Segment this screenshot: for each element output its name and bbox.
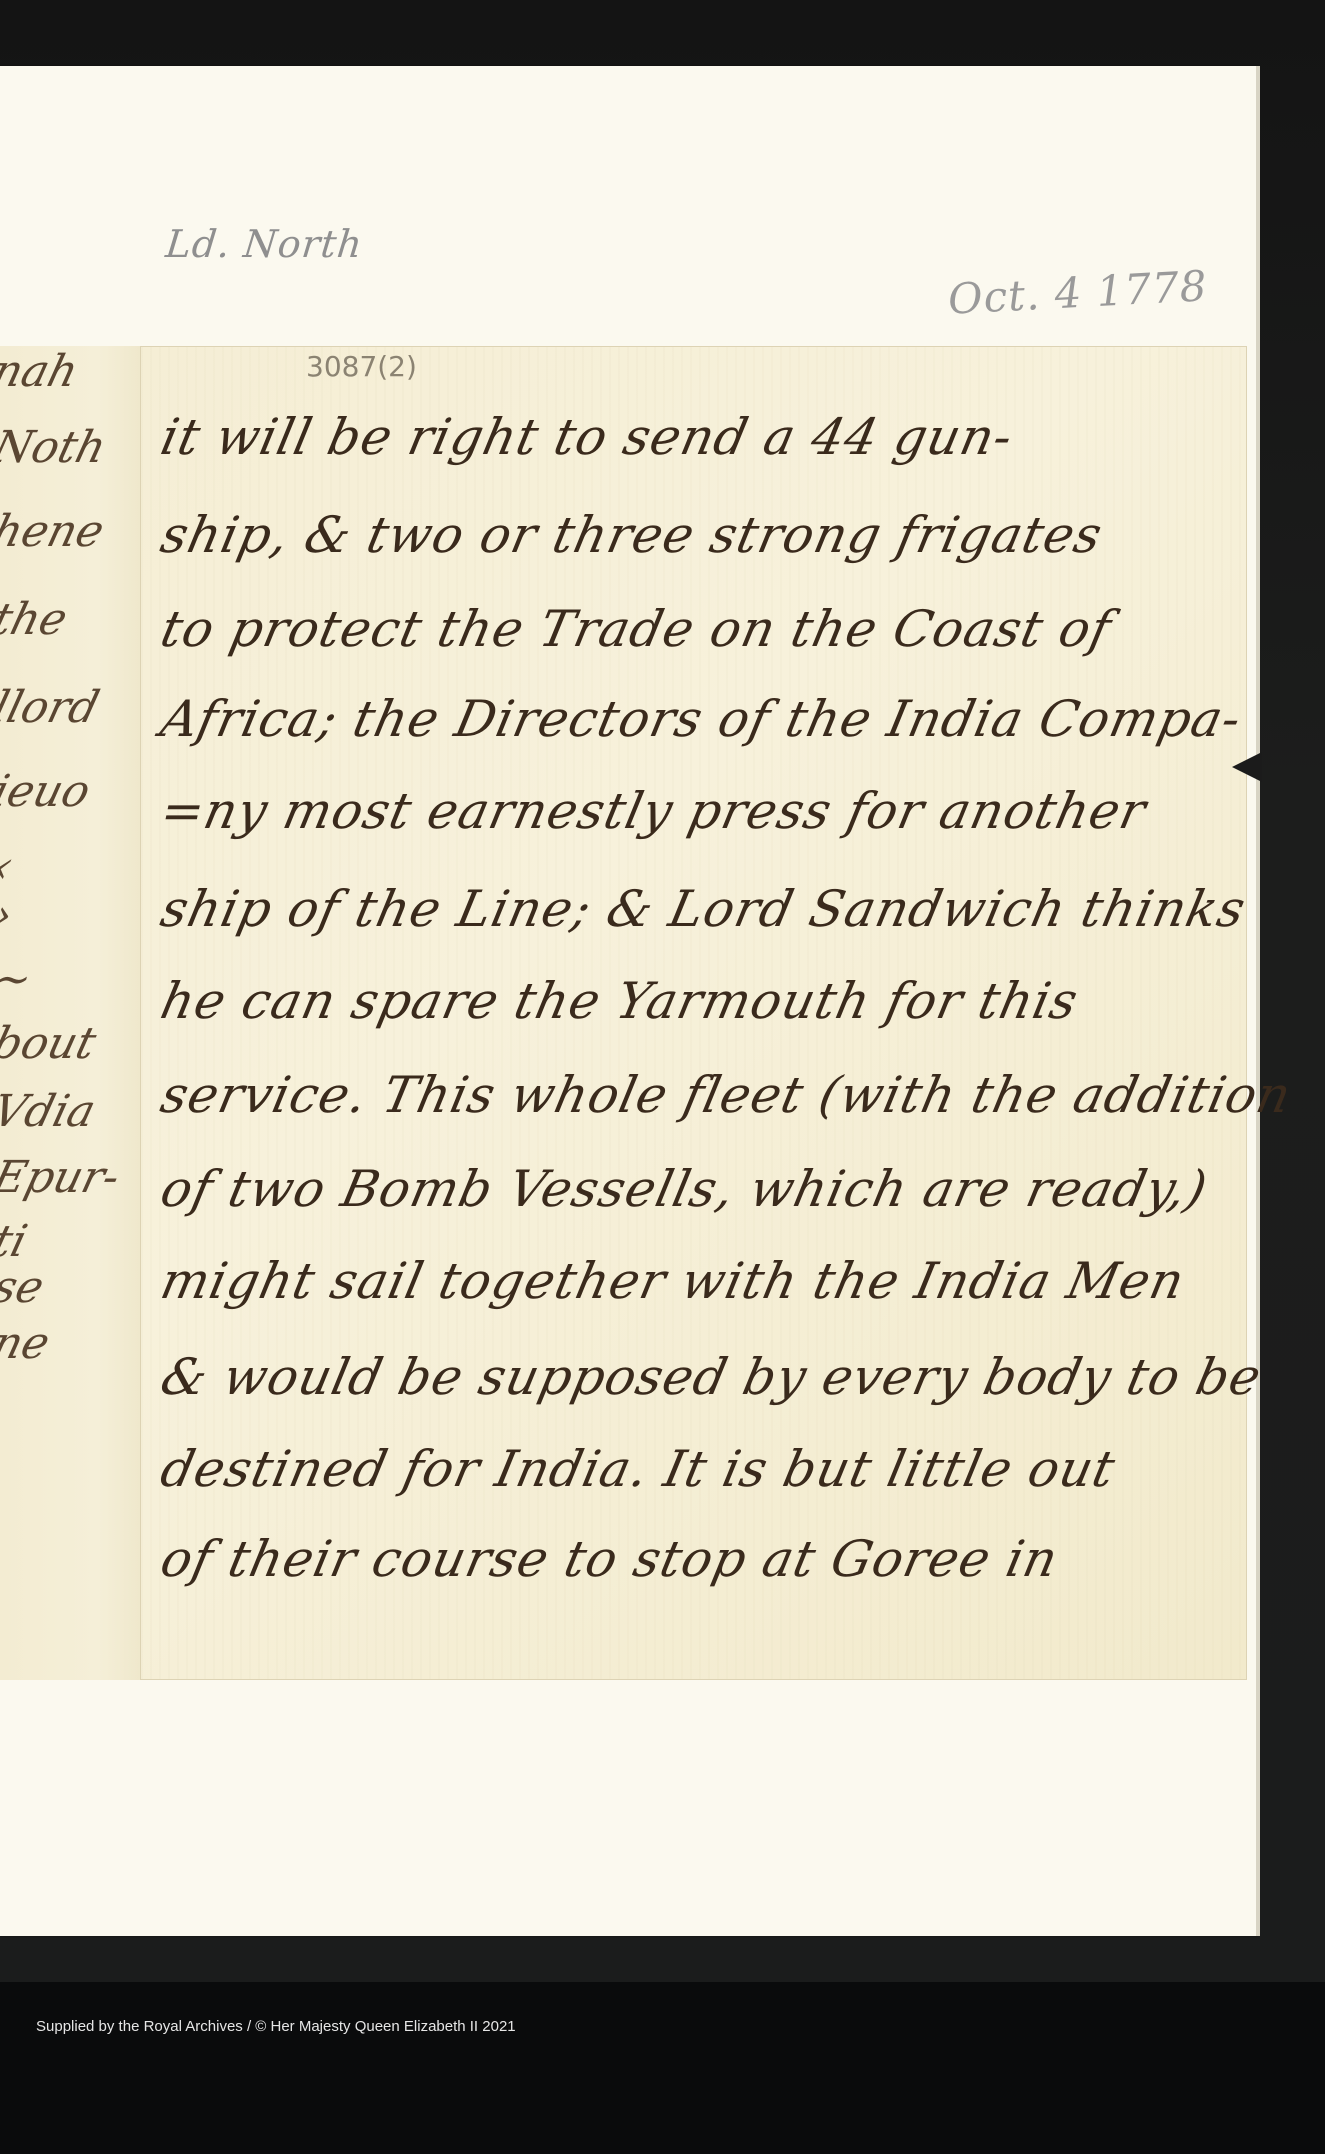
letter-line: =ny most earnestly press for another	[156, 782, 1152, 840]
left-fragment-line: ~	[0, 954, 37, 1005]
left-fragment-line: bout	[0, 1018, 101, 1069]
letter-line: might sail together with the India Men	[156, 1252, 1190, 1310]
pencil-recipient-note: Ld. North	[164, 222, 365, 266]
left-fragment-line: ieuo	[0, 766, 95, 817]
left-fragment-line: hene	[0, 506, 109, 557]
left-fragment-line: the	[0, 594, 72, 645]
left-fragment-line: Epur-	[0, 1152, 125, 1203]
letter-line: destined for India. It is but little out	[156, 1440, 1121, 1498]
left-fragment-line: nah	[0, 346, 83, 397]
letter-line: to protect the Trade on the Coast of	[156, 600, 1117, 658]
left-fragment-line: Vdia	[0, 1086, 101, 1137]
mount-edge	[1256, 66, 1260, 1936]
left-fragment-line: se	[0, 1262, 49, 1313]
left-fragment-line: ›	[0, 890, 18, 941]
letter-line: of two Bomb Vessells, which are ready,)	[156, 1160, 1213, 1218]
left-fragment-line: Noth	[0, 422, 111, 473]
left-fragment-line: ti	[0, 1216, 32, 1267]
letter-line: he can spare the Yarmouth for this	[156, 972, 1084, 1030]
letter-line: ship of the Line; & Lord Sandwich thinks	[156, 880, 1251, 938]
letter-line: service. This whole fleet (with the addi…	[156, 1066, 1297, 1124]
left-page-fragment: nah Noth hene the llord ieuo ‹ › ~ bout …	[0, 346, 142, 1680]
letter-line: & would be supposed by every body to be	[156, 1348, 1267, 1406]
letter-line: of their course to stop at Goree in	[156, 1530, 1064, 1588]
left-fragment-line: ‹	[0, 842, 18, 893]
copyright-caption: Supplied by the Royal Archives / © Her M…	[36, 2018, 516, 2035]
left-fragment-line: ne	[0, 1318, 55, 1369]
letter-line: Africa; the Directors of the India Compa…	[156, 690, 1247, 748]
letter-line: it will be right to send a 44 gun-	[156, 408, 1019, 466]
archive-reference-number: 3087(2)	[306, 350, 417, 383]
letter-line: ship, & two or three strong frigates	[156, 506, 1108, 564]
left-fragment-line: llord	[0, 682, 104, 733]
image-viewer: Ld. North Oct. 4 1778 nah Noth hene the …	[0, 0, 1325, 2154]
